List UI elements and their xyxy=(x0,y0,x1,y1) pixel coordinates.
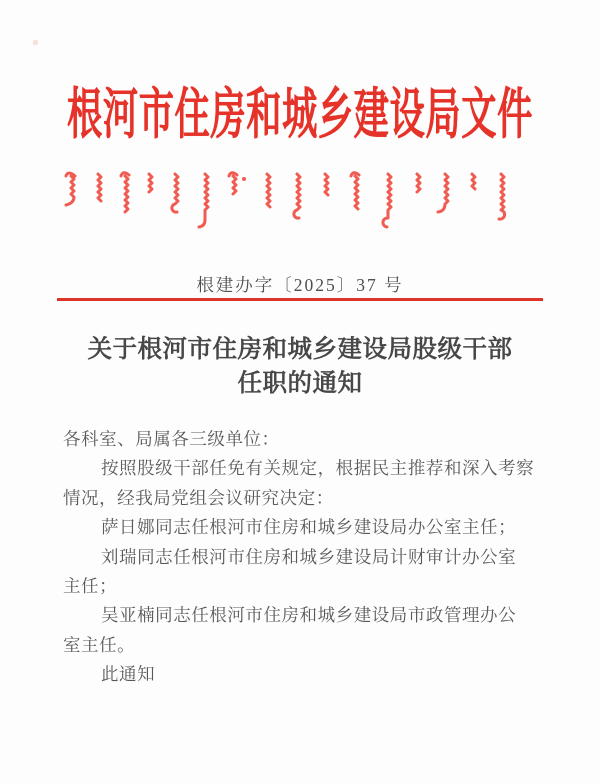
body-line: 按照股级干部任免有关规定，根据民主推荐和深入考察 xyxy=(63,454,546,483)
body-line: 吴亚楠同志任根河市住房和城乡建设局市政管理办公 xyxy=(63,601,546,630)
document-page: 根河市住房和城乡建设局文件 根建办字〔2025〕37 号 关于根河市住房和城乡建… xyxy=(0,0,600,784)
document-number: 根建办字〔2025〕37 号 xyxy=(0,272,600,297)
body-line: 刘瑞同志任根河市住房和城乡建设局计财审计办公室 xyxy=(63,543,546,572)
notice-title-line1: 关于根河市住房和城乡建设局股级干部 xyxy=(0,333,600,367)
notice-body: 各科室、局属各三级单位： 按照股级干部任免有关规定，根据民主推荐和深入考察 情况… xyxy=(63,425,546,690)
notice-title: 关于根河市住房和城乡建设局股级干部 任职的通知 xyxy=(0,333,600,401)
body-line: 此通知 xyxy=(63,660,546,689)
body-line: 室主任。 xyxy=(63,631,546,660)
red-separator-rule xyxy=(57,298,543,301)
body-line: 情况，经我局党组会议研究决定： xyxy=(63,484,546,513)
body-line: 主任； xyxy=(63,572,546,601)
scan-speck-artifact xyxy=(33,40,38,45)
salutation-line: 各科室、局属各三级单位： xyxy=(63,425,546,454)
notice-title-line2: 任职的通知 xyxy=(0,367,600,401)
mongolian-script-graphic xyxy=(62,167,522,237)
org-header-title: 根河市住房和城乡建设局文件 xyxy=(67,82,533,148)
body-line: 萨日娜同志任根河市住房和城乡建设局办公室主任； xyxy=(63,513,546,542)
